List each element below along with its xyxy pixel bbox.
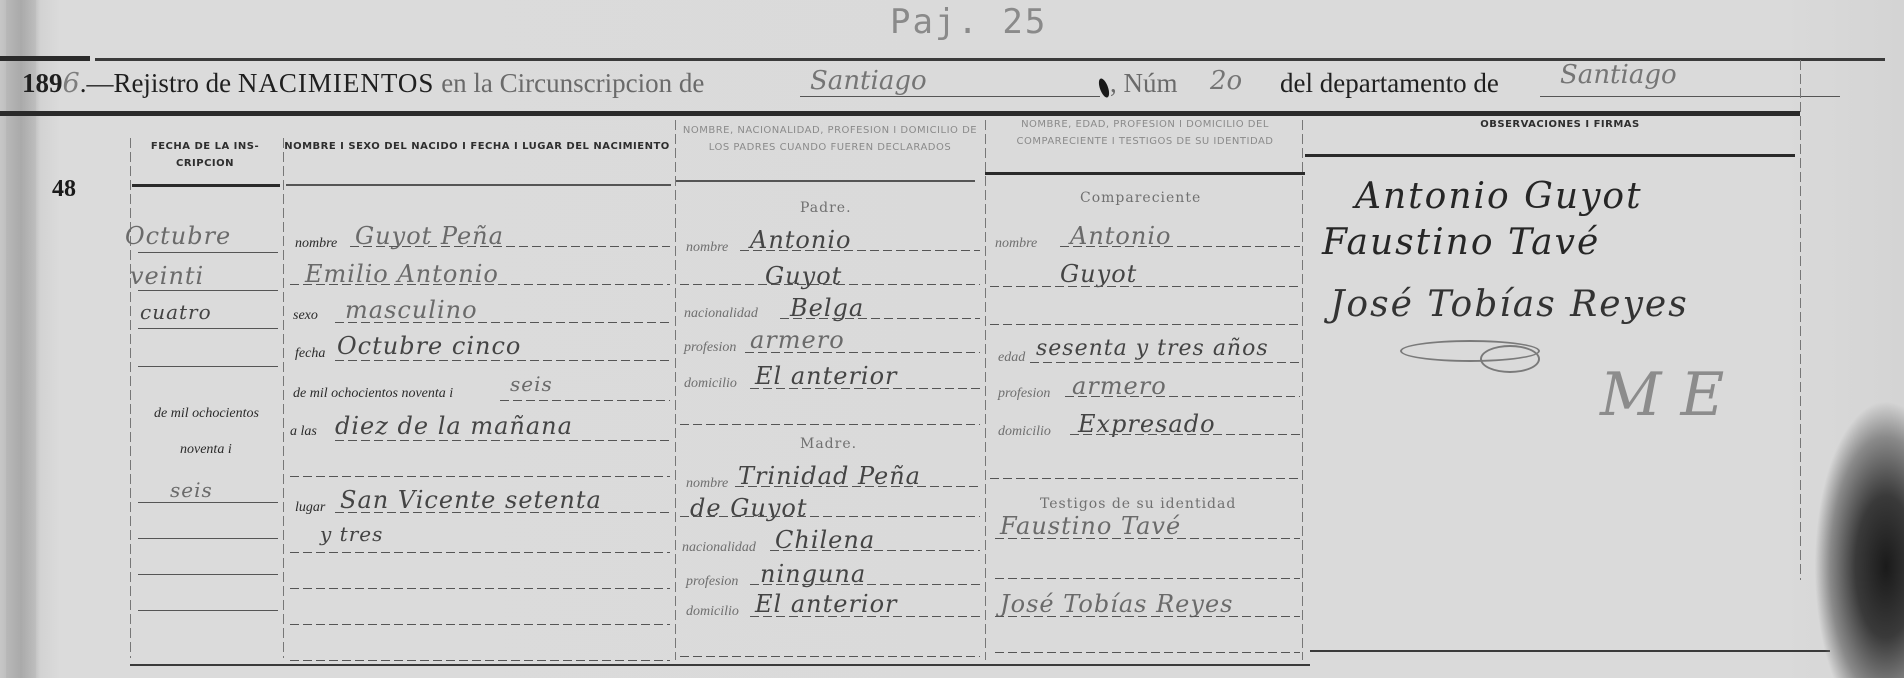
compareciente-section-title: Compareciente [1080,190,1201,206]
register-title: 1896.—Rejistro de NACIMIENTOS en la Circ… [22,68,704,99]
fecha-line-6 [138,538,278,539]
padre-line-6 [680,424,980,425]
firma-antonio-guyot: Antonio Guyot [1355,176,1643,217]
fecha-inscripcion-line-3: cuatro [140,300,212,324]
col-divider-2 [283,138,284,658]
circunscripcion-underline [800,96,1100,97]
departamento-label: del departamento de [1280,68,1499,98]
departamento-block: del departamento de [1280,68,1499,99]
nacido-sexo-label: sexo [293,308,318,324]
compareciente-nombre-2: Guyot [1060,260,1137,288]
testigos-line-3 [995,616,1300,617]
title-caps: NACIMIENTOS [238,68,435,98]
nacido-lugar-1: San Vicente setenta [340,486,602,514]
compareciente-domicilio-label: domicilio [998,424,1051,440]
compareciente-line-5 [1065,396,1300,397]
nacido-line-4 [335,360,670,361]
fecha-line-8 [138,610,278,611]
compareciente-line-2 [990,286,1300,287]
col-divider-4 [985,120,986,660]
nacido-sexo: masculino [345,296,478,324]
page-tear-edge [1814,400,1904,678]
col-divider-5 [1302,120,1303,660]
fecha-header-rule [132,184,280,187]
testigo-1: Faustino Tavé [1000,512,1181,540]
firma-faustino-tave: Faustino Tavé [1322,222,1600,263]
observaciones-bottom-rule [1310,650,1830,652]
fecha-line-4 [138,366,278,367]
nacido-line-12 [290,660,670,661]
page-stamp: Paj. 25 [890,2,1047,42]
fecha-line-3 [138,328,278,329]
num-label: , Núm [1110,68,1178,98]
bottom-rule [130,664,1310,666]
madre-line-3 [770,550,980,551]
testigos-line-1 [995,538,1300,539]
fecha-inscripcion-line-1: Octubre [125,222,231,250]
madre-line-6 [680,656,980,657]
padre-profesion: armero [750,326,845,354]
nacido-lugar-label: lugar [295,500,325,516]
compareciente-line-6 [1070,434,1300,435]
madre-profesion-label: profesion [686,574,738,590]
entry-number: 48 [52,176,76,203]
circunscripcion-value: Santiago [810,66,927,96]
padre-line-2 [680,284,980,285]
binding-shadow [6,0,36,678]
padre-domicilio-label: domicilio [684,376,737,392]
observaciones-header-rule [1305,154,1795,157]
nacido-fecha: Octubre cinco [337,332,521,360]
fecha-printed-1: de mil ochocientos [154,406,259,422]
compareciente-nombre-label: nombre [995,236,1037,252]
madre-line-2 [680,516,980,517]
year-printed: 189 [22,68,63,98]
nacido-hora-label: a las [290,424,317,440]
departamento-underline [1540,96,1840,97]
madre-nombre-label: nombre [686,476,728,492]
compareciente-line-7 [990,478,1300,479]
madre-nacionalidad-label: nacionalidad [682,540,756,556]
compareciente-line-3 [990,324,1300,325]
nacido-year-hand: seis [510,372,553,396]
madre-domicilio: El anterior [755,590,898,618]
nacido-line-5 [500,400,670,401]
nacido-nombre-label: nombre [295,236,337,252]
col-header-compareciente: Nombre, edad, profesion i domicilio del … [985,116,1305,150]
fecha-line-2 [138,290,278,291]
col-header-observaciones: Observaciones i firmas [1320,116,1800,133]
nacido-fecha-label: fecha [295,346,325,362]
madre-nombre-2: de Guyot [690,494,807,522]
padre-line-1 [740,250,980,251]
nacido-header-rule [286,184,671,186]
padre-line-4 [745,352,980,353]
firma-jose-tobias-reyes: José Tobías Reyes [1330,284,1689,325]
padre-nombre-2: Guyot [765,262,842,290]
title-middle: en la Circunscripcion de [434,68,704,98]
padre-line-3 [780,318,980,319]
compareciente-line-4 [1030,362,1300,363]
padre-line-5 [750,388,980,389]
departamento-value: Santiago [1560,60,1677,90]
nacido-line-8 [335,512,670,513]
nacido-line-10 [290,588,670,589]
madre-line-4 [750,584,980,585]
fecha-line-7 [138,574,278,575]
compareciente-edad: sesenta y tres años [1036,336,1269,361]
compareciente-header-rule [985,172,1305,175]
testigos-line-2 [995,578,1300,579]
fecha-printed-2: noventa i [180,442,232,458]
fecha-line-5 [138,502,278,503]
rubrica-mark: M E [1600,360,1724,430]
nacido-year-printed: de mil ochocientos noventa i [293,386,453,402]
madre-line-5 [750,616,980,617]
nacido-line-6 [335,440,670,441]
fecha-line-1 [138,252,278,253]
col-divider-1 [130,138,131,658]
nacido-line-11 [290,624,670,625]
title-prefix: .—Rejistro de [80,68,238,98]
fecha-year-hand: seis [170,478,213,502]
top-rule-left [0,56,90,61]
compareciente-profesion-label: profesion [998,386,1050,402]
padre-profesion-label: profesion [684,340,736,356]
col-divider-6 [1800,60,1801,580]
padre-domicilio: El anterior [755,362,898,390]
nacido-line-2 [290,284,670,285]
testigo-2: José Tobías Reyes [1000,590,1233,618]
nacido-line-3 [335,322,670,323]
padres-header-rule [675,180,975,182]
nacido-line-9 [290,552,670,553]
col-header-nacido: Nombre i sexo del nacido i fecha i lugar… [282,138,672,155]
signature-loop [1480,345,1540,373]
compareciente-line-1 [1060,246,1300,247]
madre-line-1 [735,486,980,487]
nacido-hora: diez de la mañana [335,412,573,440]
padre-section-title: Padre. [800,200,852,216]
col-header-fecha: Fecha de la ins-cripcion [130,138,280,172]
nacido-lugar-2: y tres [320,522,383,546]
padre-nombre-label: nombre [686,240,728,256]
col-divider-3 [675,120,676,660]
num-value: 2o [1210,66,1242,96]
madre-section-title: Madre. [800,436,857,452]
nacido-line-7 [290,476,670,477]
nacido-line-1 [350,246,670,247]
testigos-line-4 [995,652,1300,653]
testigos-section-title: Testigos de su identidad [1040,496,1236,512]
madre-domicilio-label: domicilio [686,604,739,620]
padre-nacionalidad-label: nacionalidad [684,306,758,322]
fecha-inscripcion-line-2: veinti [130,262,204,290]
col-header-padres: Nombre, nacionalidad, profesion i domici… [680,122,980,156]
num-block: , Núm [1110,68,1178,99]
register-page: Paj. 25 1896.—Rejistro de NACIMIENTOS en… [0,0,1904,678]
year-handwritten: 6 [63,68,80,99]
compareciente-edad-label: edad [998,350,1025,366]
